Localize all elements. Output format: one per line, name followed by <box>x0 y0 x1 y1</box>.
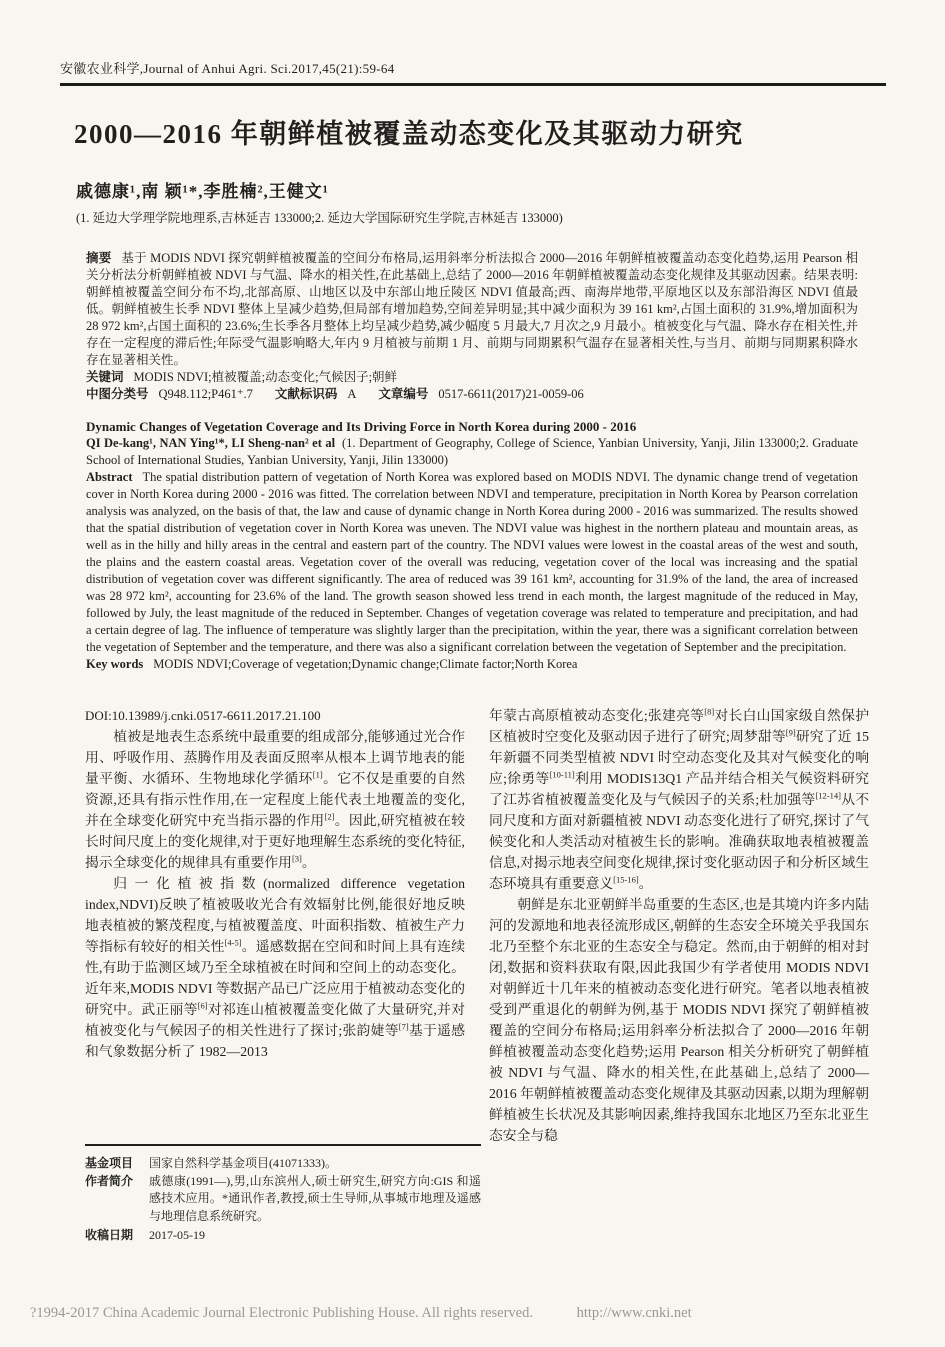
header-divider-rule <box>60 83 886 86</box>
received-date-row: 收稿日期 2017-05-19 <box>85 1227 481 1245</box>
page-footer: ?1994-2017 China Academic Journal Electr… <box>30 1305 910 1322</box>
article-no-pair: 文章编号0517-6611(2017)21-0059-06 <box>378 387 583 401</box>
article-no-value: 0517-6611(2017)21-0059-06 <box>438 387 583 401</box>
abstract-label-en: Abstract <box>86 470 133 484</box>
english-front-matter: Dynamic Changes of Vegetation Coverage a… <box>86 418 858 673</box>
received-date-label: 收稿日期 <box>85 1227 149 1245</box>
authors-en: QI De-kang¹, NAN Ying¹*, LI Sheng-nan² e… <box>86 436 335 450</box>
scanned-paper-page: 安徽农业科学,Journal of Anhui Agri. Sci.2017,4… <box>0 0 945 1347</box>
doc-code-value: A <box>347 387 356 401</box>
clc-pair: 中图分类号Q948.112;P461⁺.7 <box>86 387 253 401</box>
keywords-text-cn: MODIS NDVI;植被覆盖;动态变化;气候因子;朝鲜 <box>134 370 398 384</box>
abstract-cn-paragraph: 摘要基于 MODIS NDVI 探究朝鲜植被覆盖的空间分布格局,运用斜率分析法拟… <box>86 250 858 369</box>
doi-line: DOI:10.13989/j.cnki.0517-6611.2017.21.10… <box>85 705 465 726</box>
doc-code-label: 文献标识码 <box>275 387 338 401</box>
body-paragraph-3: 年蒙古高原植被动态变化;张建亮等[8]对长白山国家级自然保护区植被时空变化及驱动… <box>489 705 869 894</box>
keywords-label-en: Key words <box>86 657 143 671</box>
received-date-text: 2017-05-19 <box>149 1227 481 1245</box>
affiliation-cn: (1. 延边大学理学院地理系,吉林延吉 133000;2. 延边大学国际研究生学… <box>76 208 563 226</box>
keywords-cn-line: 关键词MODIS NDVI;植被覆盖;动态变化;气候因子;朝鲜 <box>86 369 858 386</box>
footnote-block: 基金项目 国家自然科学基金项目(41071333)。 作者简介 戚德康(1991… <box>85 1144 481 1245</box>
body-paragraph-2: 归一化植被指数(normalized difference vegetation… <box>85 873 465 1062</box>
fund-label: 基金项目 <box>85 1155 149 1173</box>
abstract-text-cn: 基于 MODIS NDVI 探究朝鲜植被覆盖的空间分布格局,运用斜率分析法拟合 … <box>86 251 858 367</box>
abstract-en-paragraph: AbstractThe spatial distribution pattern… <box>86 469 858 656</box>
fund-text: 国家自然科学基金项目(41071333)。 <box>149 1155 481 1173</box>
authors-line-en: QI De-kang¹, NAN Ying¹*, LI Sheng-nan² e… <box>86 435 858 469</box>
cnki-url: http://www.cnki.net <box>577 1305 692 1321</box>
author-bio-label: 作者简介 <box>85 1173 149 1226</box>
journal-citation-line: 安徽农业科学,Journal of Anhui Agri. Sci.2017,4… <box>60 58 395 77</box>
body-paragraph-1: 植被是地表生态系统中最重要的组成部分,能够通过光合作用、呼吸作用、蒸腾作用及表面… <box>85 726 465 873</box>
keywords-en-line: Key wordsMODIS NDVI;Coverage of vegetati… <box>86 656 858 673</box>
body-right-column: 年蒙古高原植被动态变化;张建亮等[8]对长白山国家级自然保护区植被时空变化及驱动… <box>489 705 869 1146</box>
paper-title-cn: 2000—2016 年朝鲜植被覆盖动态变化及其驱动力研究 <box>74 112 744 151</box>
body-left-column: DOI:10.13989/j.cnki.0517-6611.2017.21.10… <box>85 705 465 1062</box>
front-matter-block: 摘要基于 MODIS NDVI 探究朝鲜植被覆盖的空间分布格局,运用斜率分析法拟… <box>86 250 858 673</box>
paper-title-en: Dynamic Changes of Vegetation Coverage a… <box>86 418 858 435</box>
fund-row: 基金项目 国家自然科学基金项目(41071333)。 <box>85 1155 481 1173</box>
body-paragraph-4: 朝鲜是东北亚朝鲜半岛重要的生态区,也是其境内许多内陆河的发源地和地表径流形成区,… <box>489 894 869 1146</box>
author-bio-row: 作者简介 戚德康(1991—),男,山东滨州人,硕士研究生,研究方向:GIS 和… <box>85 1173 481 1226</box>
article-no-label: 文章编号 <box>378 387 428 401</box>
abstract-label-cn: 摘要 <box>86 251 111 265</box>
classification-line: 中图分类号Q948.112;P461⁺.7文献标识码A文章编号0517-6611… <box>86 386 858 403</box>
author-bio-text: 戚德康(1991—),男,山东滨州人,硕士研究生,研究方向:GIS 和遥感技术应… <box>149 1173 481 1226</box>
abstract-text-en: The spatial distribution pattern of vege… <box>86 470 858 654</box>
authors-cn: 戚德康¹,南 颖¹*,李胜楠²,王健文¹ <box>76 177 329 202</box>
keywords-label-cn: 关键词 <box>86 370 124 384</box>
keywords-text-en: MODIS NDVI;Coverage of vegetation;Dynami… <box>153 657 577 671</box>
clc-label: 中图分类号 <box>86 387 149 401</box>
doc-code-pair: 文献标识码A <box>275 387 357 401</box>
clc-value: Q948.112;P461⁺.7 <box>159 387 253 401</box>
copyright-text: ?1994-2017 China Academic Journal Electr… <box>30 1305 533 1321</box>
